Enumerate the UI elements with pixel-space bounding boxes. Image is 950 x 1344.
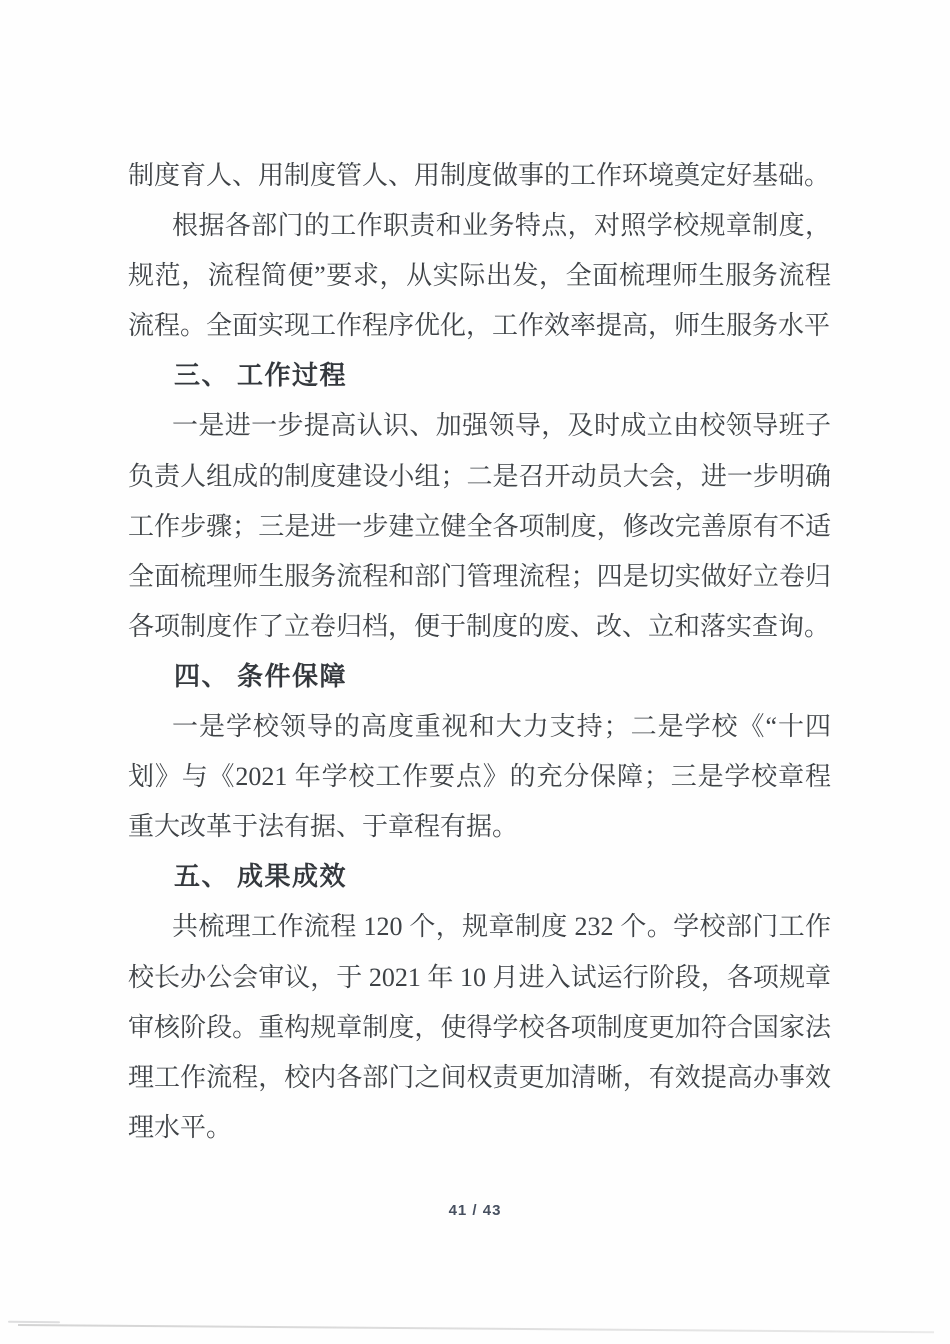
text-line: 校长办公会审议，于 2021 年 10 月进入试运行阶段，各项规章制度已进入 <box>128 953 831 1003</box>
text-line: 全面梳理师生服务流程和部门管理流程；四是切实做好立卷归档工作，对 <box>128 552 831 602</box>
text-line: 理工作流程，校内各部门之间权责更加清晰，有效提高办事效率，提升管 <box>128 1053 831 1103</box>
text-line: 共梳理工作流程 120 个，规章制度 232 个。学校部门工作流程已通过 <box>128 902 831 952</box>
text-line: 工作步骤；三是进一步建立健全各项制度，修改完善原有不适应的制度， <box>128 502 831 552</box>
text-line: 一是进一步提高认识、加强领导，及时成立由校领导班子成员和部门 <box>128 401 831 451</box>
section-heading-conditions: 四、 条件保障 <box>128 652 831 702</box>
section-heading-work-process: 三、 工作过程 <box>128 351 831 401</box>
text-line: 规范，流程简便”要求，从实际出发，全面梳理师生服务流程和部门管理 <box>128 251 831 301</box>
text-line: 理水平。 <box>128 1103 831 1153</box>
text-line: 负责人组成的制度建设小组；二是召开动员大会，进一步明确工作目标和 <box>128 452 831 502</box>
text-line: 制度育人、用制度管人、用制度做事的工作环境奠定好基础。 <box>128 151 831 201</box>
text-line: 一是学校领导的高度重视和大力支持；二是学校《“十四五”发展规 <box>128 702 831 752</box>
text-line: 重大改革于法有据、于章程有据。 <box>128 802 831 852</box>
scanned-document-page: 制度育人、用制度管人、用制度做事的工作环境奠定好基础。 根据各部门的工作职责和业… <box>0 0 950 1344</box>
page-number-indicator: 41 / 43 <box>0 1202 950 1219</box>
text-line: 划》与《2021 年学校工作要点》的充分保障；三是学校章程为统领，做到 <box>128 752 831 802</box>
text-line: 审核阶段。重构规章制度，使得学校各项制度更加符合国家法律法规；梳 <box>128 1003 831 1053</box>
scan-paper-edge-line <box>18 1324 934 1333</box>
scan-artifact-smudge <box>8 1321 60 1324</box>
section-heading-results: 五、 成果成效 <box>128 852 831 902</box>
text-line: 各项制度作了立卷归档，便于制度的废、改、立和落实查询。 <box>128 602 831 652</box>
text-line: 根据各部门的工作职责和业务特点，对照学校规章制度，按照“程序 <box>128 201 831 251</box>
text-line: 流程。全面实现工作程序优化，工作效率提高，师生服务水平提升。 <box>128 301 831 351</box>
document-body: 制度育人、用制度管人、用制度做事的工作环境奠定好基础。 根据各部门的工作职责和业… <box>128 151 831 1153</box>
